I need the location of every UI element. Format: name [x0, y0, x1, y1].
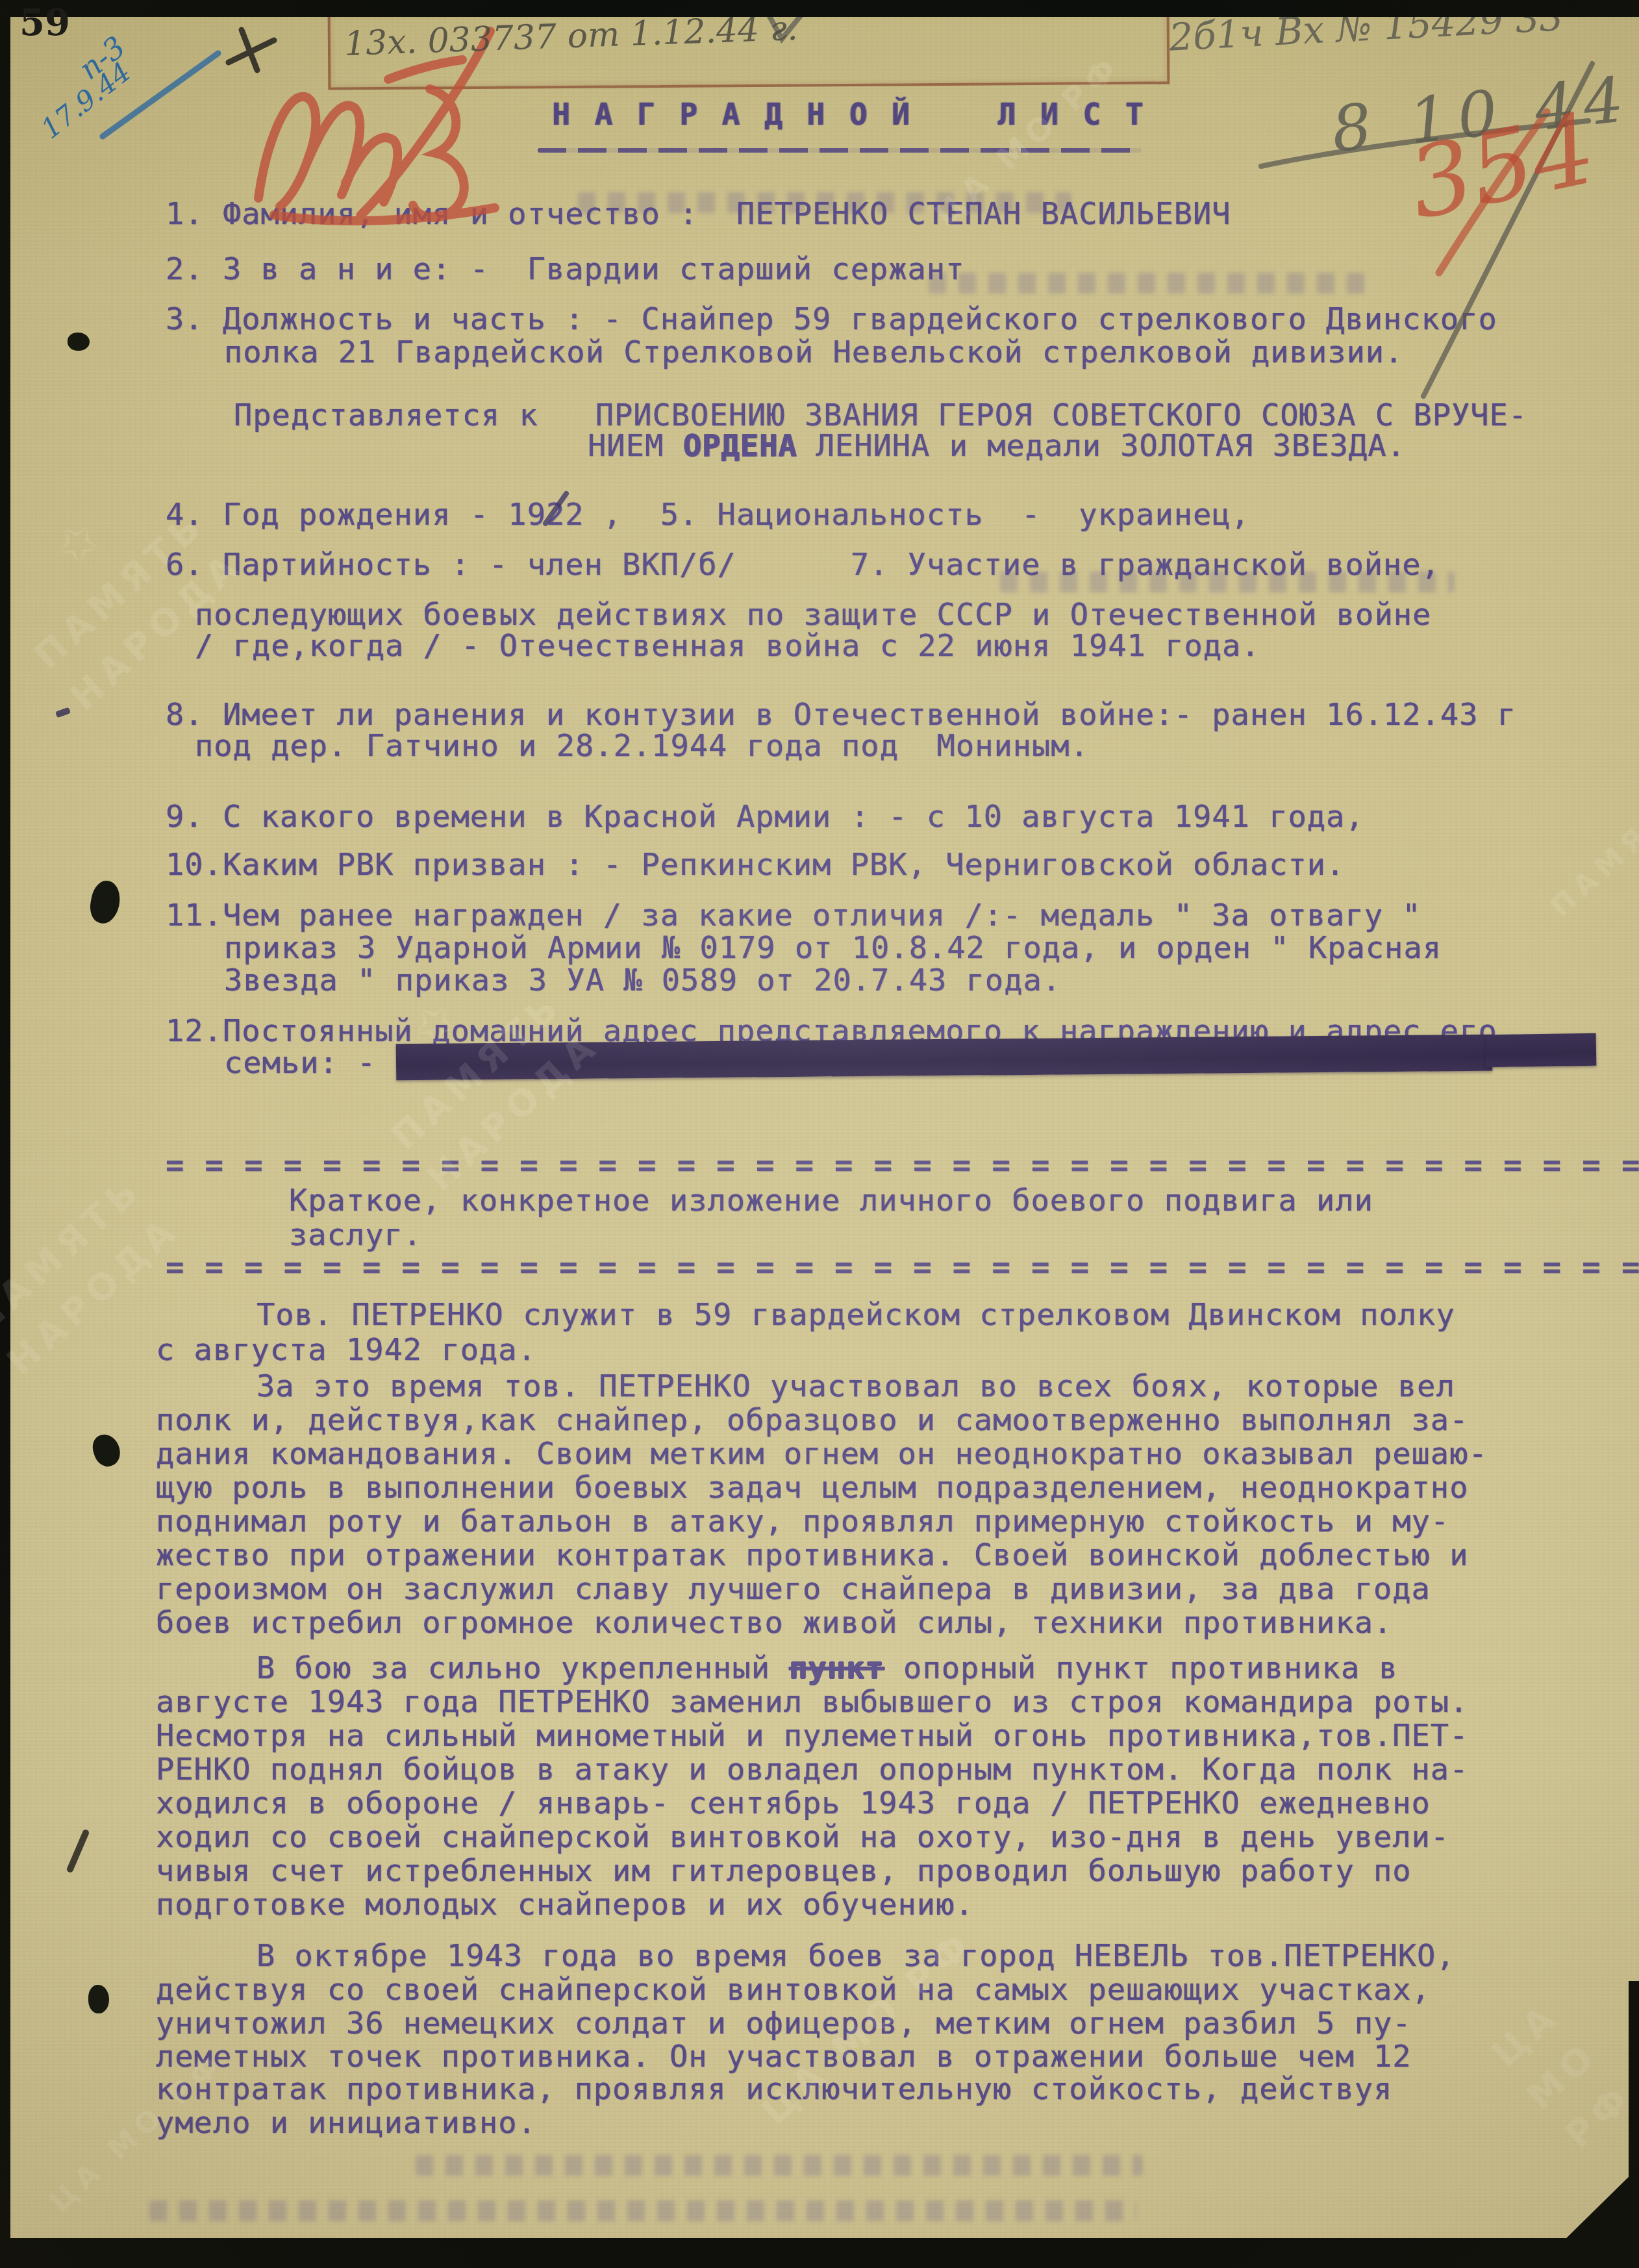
summary-p4-line: умело и инициативно.: [156, 2107, 536, 2139]
p3-pre: В бою за сильно укрепленный: [256, 1650, 789, 1686]
summary-p2-line: героизмом он заслужил славу лучшего снай…: [156, 1573, 1431, 1605]
scan-edge-top: [0, 0, 1639, 17]
summary-p4-line: В октябре 1943 года во время боев за гор…: [256, 1940, 1455, 1972]
summary-p4-line: действуя со своей снайперской винтовкой …: [156, 1974, 1431, 2006]
separator-row: = = = = = = = = = = = = = = = = = = = = …: [166, 1150, 1639, 1181]
summary-p4-line: уничтожил 36 немецких солдат и офицеров,…: [156, 2008, 1412, 2039]
award-sheet-scan: Н А Г Р А Д Н О Й Л И С Т 1. Фамилия, им…: [0, 0, 1639, 2268]
award-order-name: ОРДЕНА: [682, 428, 797, 464]
struck-word: пункт: [789, 1650, 884, 1686]
p3-post: опорный пункт противника в: [884, 1650, 1398, 1686]
summary-p2-line: поднимал роту и батальон в атаку, проявл…: [156, 1506, 1449, 1537]
redaction-bar-extension: [1486, 1033, 1597, 1067]
title-underline: [538, 148, 1142, 153]
field-position-1: 3. Должность и часть : - Снайпер 59 гвар…: [166, 303, 1497, 335]
field-prev-awards-2: приказ 3 Ударной Армии № 0179 от 10.8.42…: [224, 932, 1442, 964]
paper-hole: [88, 1985, 109, 2013]
field-position-2: полка 21 Гвардейской Стрелковой Невельск…: [224, 336, 1403, 368]
field-birth-nationality: 4. Год рождения - 1922 , 5. Национальнос…: [166, 499, 1250, 531]
summary-p2-line: жество при отражении контратак противник…: [156, 1539, 1468, 1571]
field-address-2: семьи: -: [224, 1047, 376, 1079]
field-name: 1. Фамилия, имя и отчество : ПЕТРЕНКО СТ…: [166, 198, 1231, 230]
summary-heading-2: заслуг.: [289, 1219, 422, 1251]
field-prev-awards-1: 11.Чем ранее награжден / за какие отличи…: [166, 900, 1421, 931]
represented-pre: НИЕМ: [588, 428, 682, 464]
summary-p3-line-struck: В бою за сильно укрепленный пункт опорны…: [256, 1652, 1398, 1684]
summary-p3-line: подготовке молодых снайперов и их обучен…: [156, 1889, 974, 1921]
summary-p3-line: чивыя счет истребленных им гитлеровцев, …: [156, 1855, 1412, 1887]
field-party-war: 6. Партийность : - член ВКП/б/ 7. Участи…: [166, 549, 1440, 581]
separator-row: = = = = = = = = = = = = = = = = = = = = …: [166, 1252, 1639, 1283]
field-war-cont-1: последующих боевых действиях по защите С…: [195, 599, 1431, 631]
represented-line-2: НИЕМ ОРДЕНА ЛЕНИНА и медали ЗОЛОТАЯ ЗВЕЗ…: [588, 430, 1406, 462]
summary-p3-line: РЕНКО поднял бойцов в атаку и овладел оп…: [156, 1754, 1468, 1785]
typed-content: Н А Г Р А Д Н О Й Л И С Т 1. Фамилия, им…: [0, 0, 1639, 2268]
summary-p2-line: полк и, действуя,как снайпер, образцово …: [156, 1404, 1468, 1436]
summary-p3-line: августе 1943 года ПЕТРЕНКО заменил выбыв…: [156, 1686, 1468, 1718]
represented-post: ЛЕНИНА и медали ЗОЛОТАЯ ЗВЕЗДА.: [797, 428, 1405, 464]
summary-p3-line: ходил со своей снайперской винтовкой на …: [156, 1821, 1449, 1853]
summary-p3-line: ходился в обороне / январь- сентябрь 194…: [156, 1787, 1431, 1819]
summary-p1-line: Тов. ПЕТРЕНКО служит в 59 гвардейском ст…: [256, 1299, 1455, 1331]
field-rank: 2. З в а н и е: - Гвардии старший сержан…: [166, 253, 964, 285]
field-prev-awards-3: Звезда " приказ 3 УА № 0589 от 20.7.43 г…: [224, 964, 1061, 996]
field-war-cont-2: / где,когда / - Отечественная война с 22…: [195, 630, 1260, 662]
summary-p1-line: с августа 1942 года.: [156, 1334, 536, 1366]
summary-heading-1: Краткое, конкретное изложение личного бо…: [289, 1185, 1373, 1216]
field-wounds-2: под дер. Гатчино и 28.2.1944 года под Мо…: [195, 730, 1089, 762]
scan-edge-left: [0, 0, 10, 2268]
corner-page-number: 59: [19, 1, 70, 44]
field-wounds-1: 8. Имеет ли ранения и контузии в Отечест…: [166, 699, 1516, 731]
field-army-since: 9. С какого времени в Красной Армии : - …: [166, 801, 1364, 833]
summary-p2-line: дания командования. Своим метким огнем о…: [156, 1438, 1488, 1470]
paper-hole: [68, 333, 90, 351]
document-title: Н А Г Р А Д Н О Й Л И С Т: [552, 99, 1146, 130]
summary-p2-line: щую роль в выполнении боевых задач целым…: [156, 1472, 1468, 1504]
summary-p4-line: контратак противника, проявляя исключите…: [156, 2073, 1392, 2105]
scan-edge-bottom: [0, 2238, 1639, 2268]
summary-p2-line: боев истребил огромное количество живой …: [156, 1607, 1392, 1639]
summary-p4-line: леметных точек противника. Он участвовал…: [156, 2041, 1412, 2073]
summary-p2-line: За это время тов. ПЕТРЕНКО участвовал во…: [256, 1370, 1455, 1402]
field-drafted-by: 10.Каким РВК призван : - Репкинским РВК,…: [166, 849, 1345, 881]
summary-p3-line: Несмотря на сильный минометный и пулемет…: [156, 1720, 1468, 1752]
represented-line-1: Представляется к ПРИСВОЕНИЮ ЗВАНИЯ ГЕРОЯ…: [234, 399, 1527, 431]
